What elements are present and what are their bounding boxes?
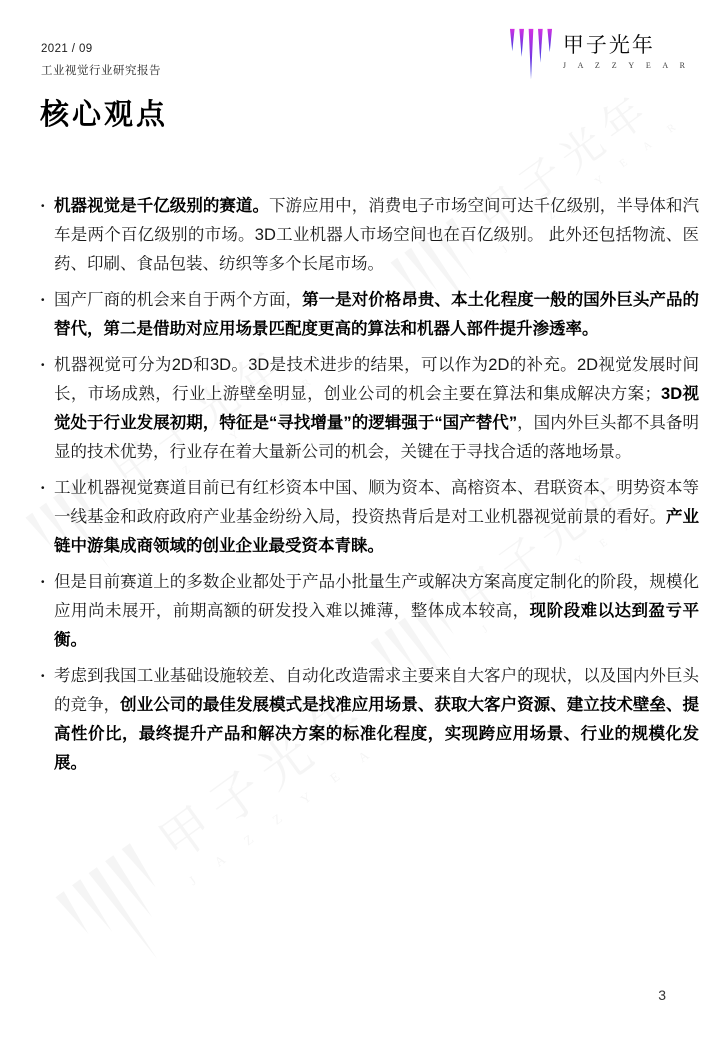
report-series-title: 工业视觉行业研究报告 bbox=[41, 62, 161, 78]
bullet-text: 工业机器视觉赛道目前已有红杉资本中国、顺为资本、高榕资本、君联资本、明势资本等一… bbox=[54, 474, 699, 561]
logo-en-text: J A Z Z Y E A R bbox=[563, 61, 690, 70]
bullet-dot: • bbox=[41, 568, 54, 655]
bullet-text: 机器视觉是千亿级别的赛道。下游应用中，消费电子市场空间可达千亿级别，半导体和汽车… bbox=[54, 192, 699, 279]
report-page: 甲子光年 J A Z Z Y E A R 甲子光年 J A Z Z Y E A … bbox=[0, 0, 720, 1040]
jazzyear-logo: 甲子光年 J A Z Z Y E A R bbox=[509, 28, 690, 82]
header: 2021 / 09 工业视觉行业研究报告 bbox=[41, 43, 161, 78]
bullet-item: •机器视觉可分为2D和3D。3D是技术进步的结果，可以作为2D的补充。2D视觉发… bbox=[41, 351, 699, 467]
bullet-text: 但是目前赛道上的多数企业都处于产品小批量生产或解决方案高度定制化的阶段，规模化应… bbox=[54, 568, 699, 655]
bullet-list: •机器视觉是千亿级别的赛道。下游应用中，消费电子市场空间可达千亿级别，半导体和汽… bbox=[41, 192, 699, 785]
report-date: 2021 / 09 bbox=[41, 43, 161, 55]
bullet-text: 机器视觉可分为2D和3D。3D是技术进步的结果，可以作为2D的补充。2D视觉发展… bbox=[54, 351, 699, 467]
bullet-dot: • bbox=[41, 351, 54, 467]
logo-cn-text: 甲子光年 bbox=[563, 34, 690, 57]
page-title: 核心观点 bbox=[40, 92, 168, 133]
jazzyear-bars-icon bbox=[52, 840, 200, 994]
page-number: 3 bbox=[658, 987, 666, 1003]
bullet-dot: • bbox=[41, 474, 54, 561]
bullet-text: 考虑到我国工业基础设施较差、自动化改造需求主要来自大客户的现状，以及国内外巨头的… bbox=[54, 662, 699, 778]
bullet-item: •工业机器视觉赛道目前已有红杉资本中国、顺为资本、高榕资本、君联资本、明势资本等… bbox=[41, 474, 699, 561]
bullet-item: •但是目前赛道上的多数企业都处于产品小批量生产或解决方案高度定制化的阶段，规模化… bbox=[41, 568, 699, 655]
jazzyear-bars-icon bbox=[509, 28, 553, 82]
bullet-item: •考虑到我国工业基础设施较差、自动化改造需求主要来自大客户的现状，以及国内外巨头… bbox=[41, 662, 699, 778]
bullet-dot: • bbox=[41, 662, 54, 778]
bullet-item: •机器视觉是千亿级别的赛道。下游应用中，消费电子市场空间可达千亿级别，半导体和汽… bbox=[41, 192, 699, 279]
bullet-item: •国产厂商的机会来自于两个方面，第一是对价格昂贵、本土化程度一般的国外巨头产品的… bbox=[41, 286, 699, 344]
bullet-dot: • bbox=[41, 286, 54, 344]
bullet-dot: • bbox=[41, 192, 54, 279]
bullet-text: 国产厂商的机会来自于两个方面，第一是对价格昂贵、本土化程度一般的国外巨头产品的替… bbox=[54, 286, 699, 344]
